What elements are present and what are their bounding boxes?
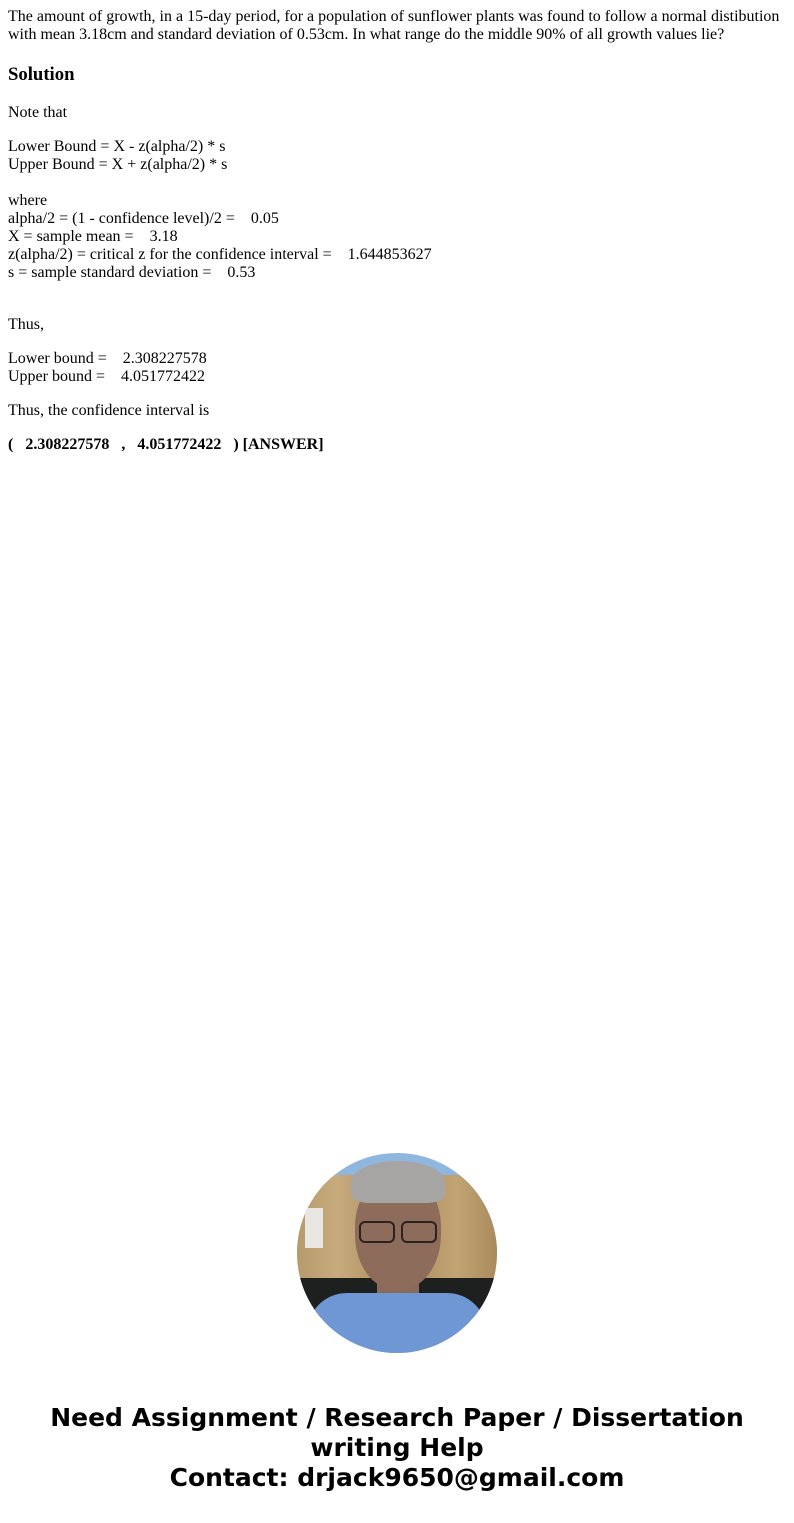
interval-intro: Thus, the confidence interval is [8, 402, 788, 420]
document-content: The amount of growth, in a 15-day period… [8, 8, 788, 470]
shirt-shape [307, 1293, 487, 1353]
upper-bound-result: Upper bound = 4.051772422 [8, 368, 788, 386]
profile-photo-avatar [297, 1153, 497, 1353]
std-dev-definition: s = sample standard deviation = 0.53 [8, 264, 788, 282]
glasses-icon [359, 1221, 437, 1241]
lower-bound-result: Lower bound = 2.308227578 [8, 350, 788, 368]
wall-switch [305, 1208, 323, 1248]
formula-block: Lower Bound = X - z(alpha/2) * s Upper B… [8, 138, 788, 300]
footer-contact-email: Contact: drjack9650@gmail.com [0, 1463, 794, 1493]
note-text: Note that [8, 104, 788, 122]
thus-label: Thus, [8, 316, 788, 334]
z-critical-definition: z(alpha/2) = critical z for the confiden… [8, 246, 788, 264]
contact-footer: Need Assignment / Research Paper / Disse… [0, 1403, 794, 1493]
results-block: Lower bound = 2.308227578 Upper bound = … [8, 350, 788, 386]
lower-bound-formula: Lower Bound = X - z(alpha/2) * s [8, 138, 788, 156]
question-text: The amount of growth, in a 15-day period… [8, 8, 788, 44]
footer-line-1: Need Assignment / Research Paper / Disse… [0, 1403, 794, 1433]
hair-shape [351, 1161, 445, 1203]
solution-heading: Solution [8, 64, 788, 86]
footer-line-2: writing Help [0, 1433, 794, 1463]
alpha-definition: alpha/2 = (1 - confidence level)/2 = 0.0… [8, 210, 788, 228]
mean-definition: X = sample mean = 3.18 [8, 228, 788, 246]
final-answer: ( 2.308227578 , 4.051772422 ) [ANSWER] [8, 436, 788, 454]
upper-bound-formula: Upper Bound = X + z(alpha/2) * s [8, 156, 788, 174]
where-label: where [8, 192, 788, 210]
